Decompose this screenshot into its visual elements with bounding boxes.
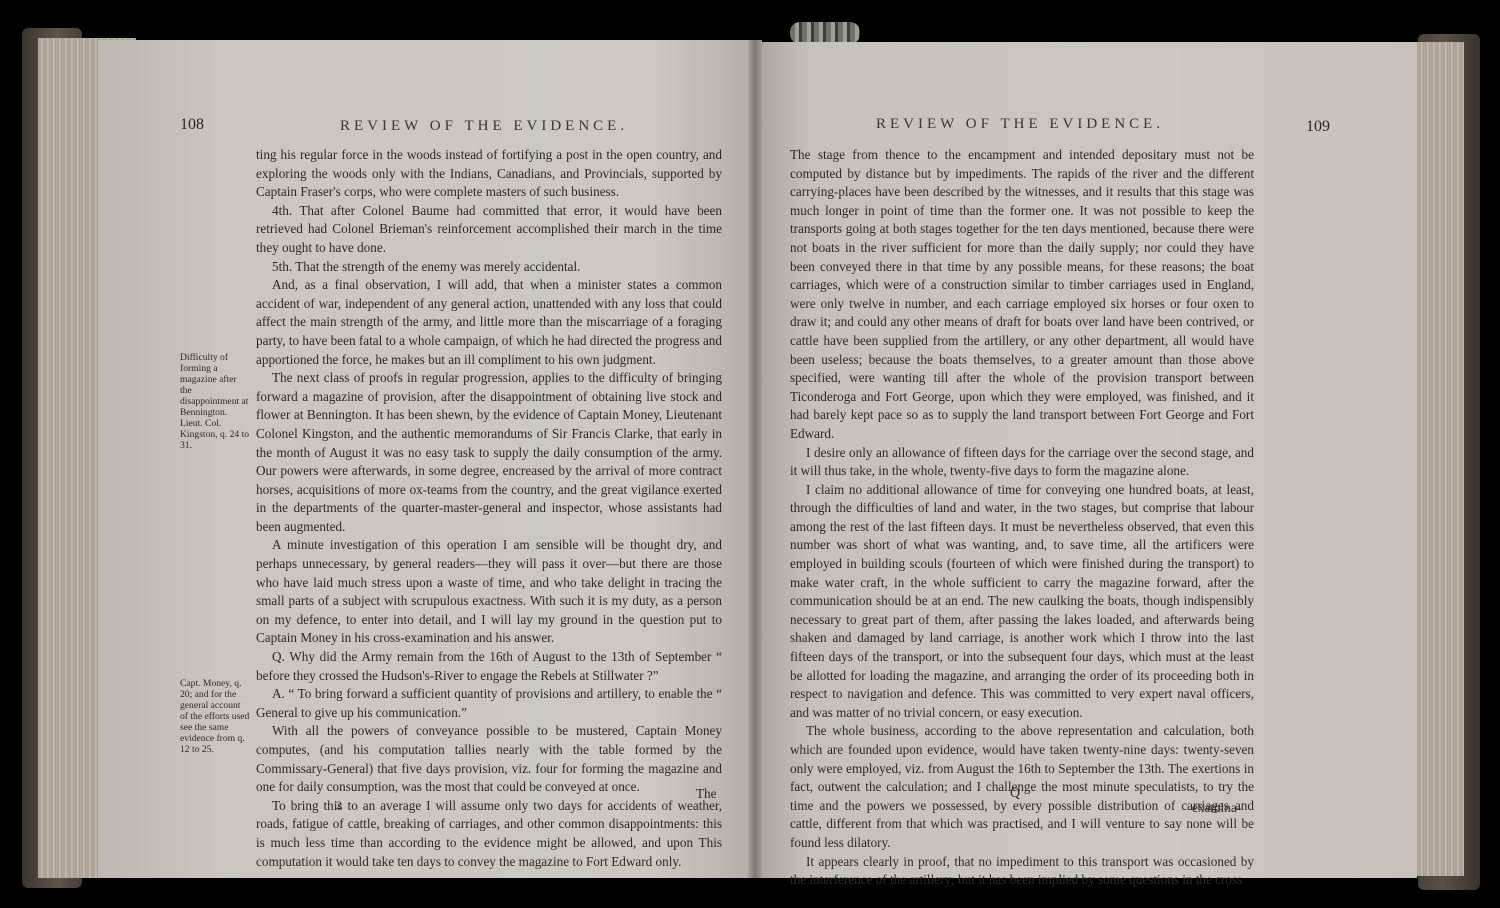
paragraph: A minute investigation of this operation…	[256, 536, 722, 648]
signature-mark-left: 2	[336, 798, 342, 813]
margin-note-capt-money: Capt. Money, q. 20; and for the general …	[180, 678, 250, 755]
signature-mark-right: Q	[1010, 786, 1020, 802]
paragraph: The stage from thence to the encampment …	[790, 146, 1254, 444]
margin-note-bennington: Difficulty of forming a magazine after t…	[180, 352, 250, 451]
left-page-number: 108	[180, 116, 204, 134]
right-running-head: REVIEW OF THE EVIDENCE.	[876, 116, 1164, 133]
paragraph: And, as a final observation, I will add,…	[256, 276, 722, 369]
paragraph: To bring this to an average I will assum…	[256, 797, 722, 871]
paragraph: 4th. That after Colonel Baume had commit…	[256, 202, 722, 258]
right-page-number: 109	[1306, 118, 1330, 136]
paragraph: A. “ To bring forward a sufficient quant…	[256, 685, 722, 722]
gutter	[748, 40, 762, 878]
catchword-left: The	[696, 786, 717, 802]
catchword-right: examina-	[1192, 800, 1241, 816]
paragraph: With all the powers of conveyance possib…	[256, 722, 722, 796]
paragraph: The whole business, according to the abo…	[790, 722, 1254, 852]
right-body-text: The stage from thence to the encampment …	[790, 146, 1254, 890]
paragraph: 5th. That the strength of the enemy was …	[256, 258, 722, 277]
paragraph: It appears clearly in proof, that no imp…	[790, 853, 1254, 890]
paragraph: I claim no additional allowance of time …	[790, 481, 1254, 723]
left-body-text: ting his regular force in the woods inst…	[256, 146, 722, 871]
paragraph: I desire only an allowance of fifteen da…	[790, 444, 1254, 481]
paragraph: ting his regular force in the woods inst…	[256, 146, 722, 202]
left-running-head: REVIEW OF THE EVIDENCE.	[340, 118, 628, 135]
paragraph: The next class of proofs in regular prog…	[256, 369, 722, 536]
bookmark-ribbon	[790, 22, 860, 44]
paragraph: Q. Why did the Army remain from the 16th…	[256, 648, 722, 685]
